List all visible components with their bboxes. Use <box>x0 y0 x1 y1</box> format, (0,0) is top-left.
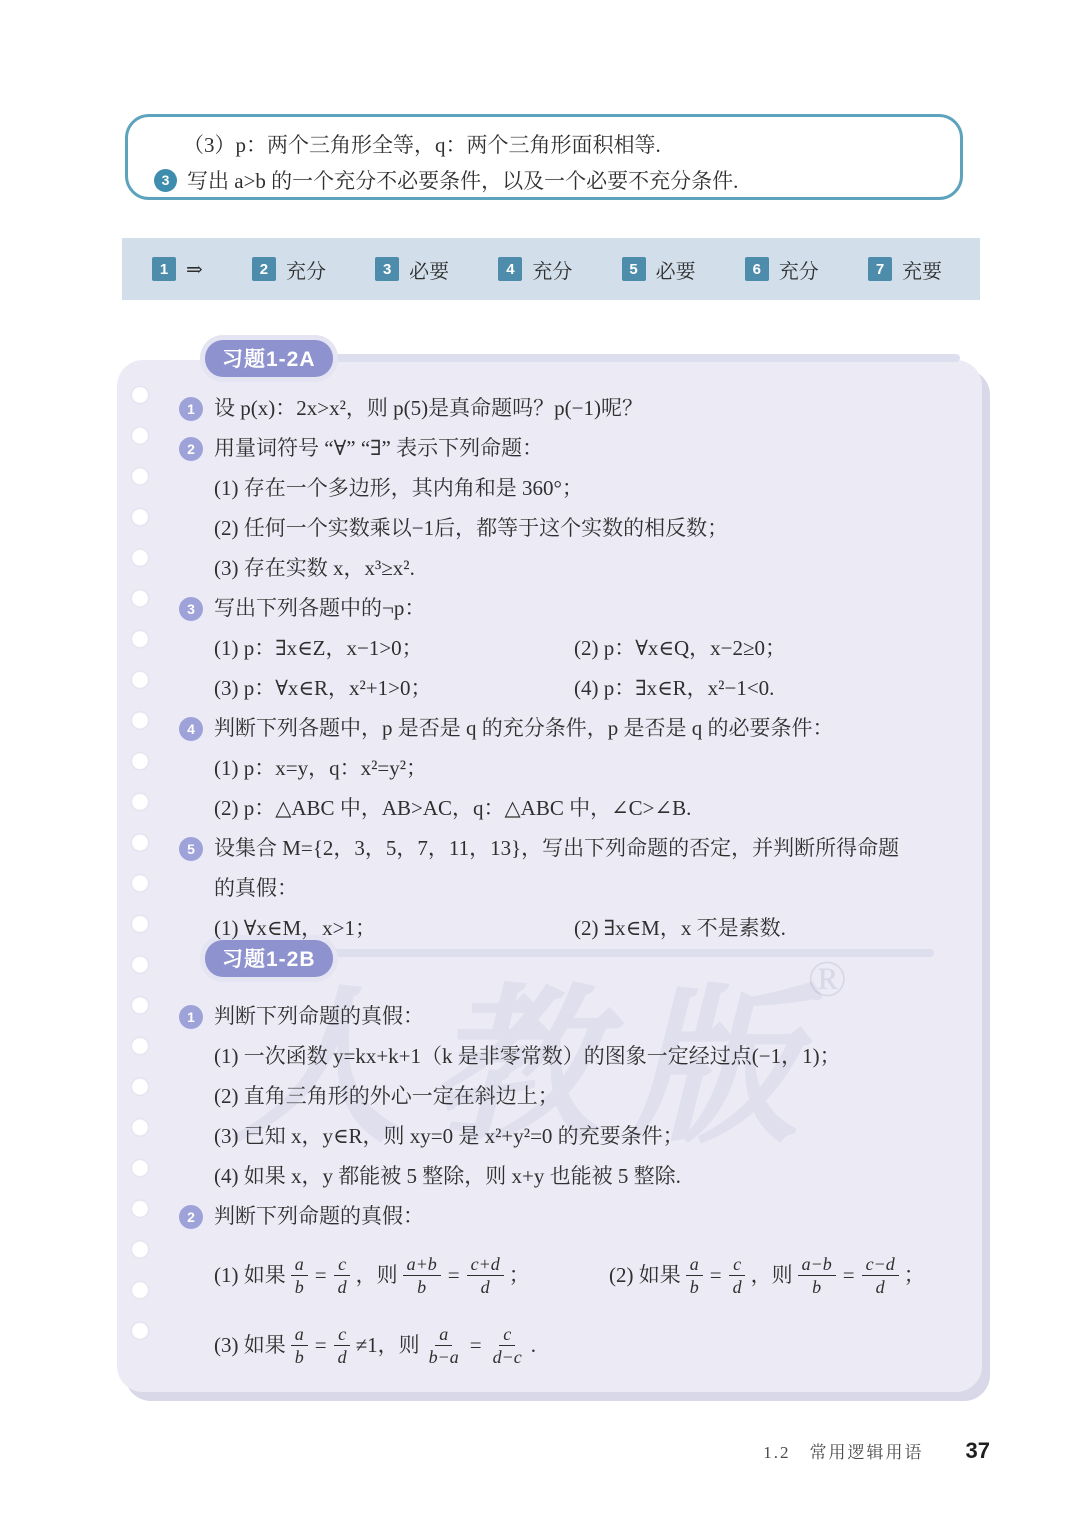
answer-4-label: 充分 <box>532 255 572 284</box>
b-q1-number: 1 <box>179 1005 203 1029</box>
b-q2-item-2-prefix: (2) 如果 <box>609 1262 681 1289</box>
answer-2-label: 充分 <box>286 255 326 284</box>
a-q3-items-12: (1) p：∃x∈Z，x−1>0； (2) p：∀x∈Q，x−2≥0； <box>214 635 951 662</box>
answer-6-label: 充分 <box>779 255 819 284</box>
b-q1-item-2: (2) 直角三角形的外心一定在斜边上； <box>214 1083 951 1110</box>
a-q5-number: 5 <box>179 837 203 861</box>
section-a-rule <box>267 354 960 362</box>
b-q1-item-4: (4) 如果 x，y 都能被 5 整除，则 x+y 也能被 5 整除. <box>214 1163 951 1190</box>
a-q3-item-1: (1) p：∃x∈Z，x−1>0； <box>214 635 574 662</box>
a-q3-row: 3 写出下列各题中的¬p： <box>179 595 951 622</box>
a-q5-row: 5 设集合 M={2，3，5，7，11，13}，写出下列命题的否定，并判断所得命… <box>179 835 951 862</box>
fraction: a+bb <box>403 1253 441 1298</box>
answer-2-badge: 2 <box>252 257 276 281</box>
b-q2-item-2: (2) 如果 ab = cd ，则 a−bb = c−dd ； <box>609 1253 925 1298</box>
a-q5-continuation: 的真假： <box>214 875 951 902</box>
page-footer: 1.2 常用逻辑用语 37 <box>763 1438 990 1464</box>
b-q2-items-12: (1) 如果 ab = cd ，则 a+bb = c+dd ； (2) 如果 a… <box>214 1243 951 1307</box>
answer-4-badge: 4 <box>498 257 522 281</box>
b-q2-number: 2 <box>179 1205 203 1229</box>
fraction: a−bb <box>798 1253 836 1298</box>
a-q4-item-1: (1) p：x=y，q：x²=y²； <box>214 755 951 782</box>
a-q3-item-4: (4) p：∃x∈R，x²−1<0. <box>574 675 774 702</box>
fraction: cd <box>729 1253 746 1298</box>
a-q4-item-2: (2) p：△ABC 中，AB>AC，q：△ABC 中，∠C>∠B. <box>214 795 951 822</box>
callout-box: （3）p：两个三角形全等，q：两个三角形面积相等. 3 写出 a>b 的一个充分… <box>125 114 963 200</box>
callout-line-q3: 写出 a>b 的一个充分不必要条件，以及一个必要不充分条件. <box>187 165 738 195</box>
a-q4-row: 4 判断下列各题中，p 是否是 q 的充分条件，p 是否是 q 的必要条件： <box>179 715 951 742</box>
b-q2-item-1-prefix: (1) 如果 <box>214 1262 286 1289</box>
fraction: cd <box>334 1323 351 1368</box>
a-q2-item-3: (3) 存在实数 x，x³≥x². <box>214 555 951 582</box>
a-q2-number: 2 <box>179 437 203 461</box>
b-q2-item-3-row: (3) 如果 ab = cd ≠1，则 ab−a = cd−c . <box>214 1313 951 1377</box>
a-q1-row: 1 设 p(x)：2x>x²，则 p(5)是真命题吗？p(−1)呢？ <box>179 395 951 422</box>
b-q2-item-3: (3) 如果 ab = cd ≠1，则 ab−a = cd−c . <box>214 1323 536 1368</box>
b-q2-item-1: (1) 如果 ab = cd ，则 a+bb = c+dd ； <box>214 1253 609 1298</box>
a-q4-text: 判断下列各题中，p 是否是 q 的充分条件，p 是否是 q 的必要条件： <box>214 715 834 742</box>
section-gap <box>179 955 951 1003</box>
a-q4-number: 4 <box>179 717 203 741</box>
answer-7-badge: 7 <box>868 257 892 281</box>
a-q3-item-2: (2) p：∀x∈Q，x−2≥0； <box>574 635 786 662</box>
a-q5-text: 设集合 M={2，3，5，7，11，13}，写出下列命题的否定，并判断所得命题 <box>214 835 899 862</box>
page-number: 37 <box>966 1438 990 1464</box>
fraction: ab <box>291 1323 308 1368</box>
exercise-panel: 习题1-2A 习题1-2B 人教版 ® 1 设 p(x)：2x>x²，则 p(5… <box>117 360 982 1392</box>
b-q1-item-1: (1) 一次函数 y=kx+k+1（k 是非零常数）的图象一定经过点(−1，1)… <box>214 1043 951 1070</box>
callout-line-sub3: （3）p：两个三角形全等，q：两个三角形面积相等. <box>183 129 661 159</box>
a-q3-item-3: (3) p：∀x∈R，x²+1>0； <box>214 675 574 702</box>
answer-item-1: 1 ⇒ <box>152 257 203 282</box>
answer-7-label: 充要 <box>902 255 942 284</box>
answer-6-badge: 6 <box>745 257 769 281</box>
question-3-badge: 3 <box>154 169 177 192</box>
answer-1-badge: 1 <box>152 257 176 281</box>
b-q2-text: 判断下列命题的真假： <box>214 1203 424 1230</box>
fraction: ab−a <box>425 1323 463 1368</box>
fraction: cd−c <box>489 1323 526 1368</box>
a-q1-number: 1 <box>179 397 203 421</box>
b-q2-row: 2 判断下列命题的真假： <box>179 1203 951 1230</box>
fraction: ab <box>291 1253 308 1298</box>
answer-1-label: ⇒ <box>186 257 203 282</box>
a-q3-number: 3 <box>179 597 203 621</box>
a-q2-row: 2 用量词符号 “∀” “∃” 表示下列命题： <box>179 435 951 462</box>
b-q1-row: 1 判断下列命题的真假： <box>179 1003 951 1030</box>
a-q5-items-12: (1) ∀x∈M，x>1； (2) ∃x∈M，x 不是素数. <box>214 915 951 942</box>
answer-item-3: 3 必要 <box>375 255 449 284</box>
answer-item-4: 4 充分 <box>498 255 572 284</box>
answer-key-bar: 1 ⇒ 2 充分 3 必要 4 充分 5 必要 6 充分 7 充要 <box>122 238 980 300</box>
fraction: ab <box>686 1253 703 1298</box>
b-q1-item-3: (3) 已知 x，y∈R，则 xy=0 是 x²+y²=0 的充要条件； <box>214 1123 951 1150</box>
answer-item-2: 2 充分 <box>252 255 326 284</box>
answer-item-7: 7 充要 <box>868 255 942 284</box>
answer-item-5: 5 必要 <box>622 255 696 284</box>
a-q1-text: 设 p(x)：2x>x²，则 p(5)是真命题吗？p(−1)呢？ <box>214 395 643 422</box>
answer-item-6: 6 充分 <box>745 255 819 284</box>
a-q5-item-2: (2) ∃x∈M，x 不是素数. <box>574 915 786 942</box>
binder-holes <box>127 378 153 1358</box>
section-a-title: 习题1-2A <box>205 340 333 377</box>
b-q2-item-3-prefix: (3) 如果 <box>214 1332 286 1359</box>
a-q3-text: 写出下列各题中的¬p： <box>214 595 425 622</box>
answer-3-label: 必要 <box>409 255 449 284</box>
footer-section-title: 1.2 常用逻辑用语 <box>763 1438 923 1463</box>
a-q2-item-2: (2) 任何一个实数乘以−1后，都等于这个实数的相反数； <box>214 515 951 542</box>
fraction: c−dd <box>862 1253 899 1298</box>
answer-5-badge: 5 <box>622 257 646 281</box>
fraction: c+dd <box>467 1253 504 1298</box>
a-q3-items-34: (3) p：∀x∈R，x²+1>0； (4) p：∃x∈R，x²−1<0. <box>214 675 951 702</box>
a-q2-text: 用量词符号 “∀” “∃” 表示下列命题： <box>214 435 543 462</box>
b-q1-text: 判断下列命题的真假： <box>214 1003 424 1030</box>
exercise-content: 1 设 p(x)：2x>x²，则 p(5)是真命题吗？p(−1)呢？ 2 用量词… <box>179 395 951 1383</box>
fraction: cd <box>334 1253 351 1298</box>
answer-5-label: 必要 <box>656 255 696 284</box>
answer-3-badge: 3 <box>375 257 399 281</box>
a-q5-item-1: (1) ∀x∈M，x>1； <box>214 915 574 942</box>
a-q2-item-1: (1) 存在一个多边形，其内角和是 360°； <box>214 475 951 502</box>
